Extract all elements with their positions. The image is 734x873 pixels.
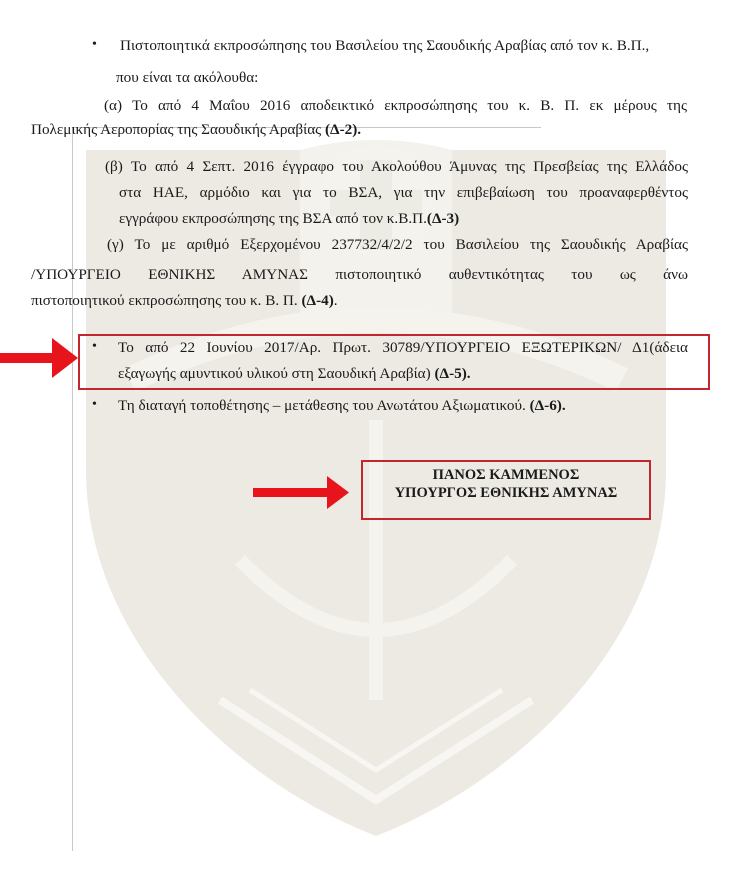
- item-c-text: πιστοποιητικού εκπροσώπησης του κ. Β. Π.: [31, 292, 302, 309]
- item-a-ref: (Δ-2).: [325, 121, 361, 138]
- item-e-line: Τη διαταγή τοποθέτησης – μετάθεσης του Α…: [118, 396, 566, 416]
- item-main-line2: που είναι τα ακόλουθα:: [116, 68, 258, 88]
- item-b-ref: (Δ-3): [427, 210, 459, 227]
- item-e-text: Τη διαταγή τοποθέτησης – μετάθεσης του Α…: [118, 397, 530, 414]
- item-e-ref: (Δ-6).: [530, 397, 566, 414]
- item-d-text: εξαγωγής αμυντικού υλικού στη Σαουδική Α…: [118, 365, 435, 382]
- item-c-ref: (Δ-4): [302, 292, 334, 309]
- signatory-title: ΥΠΟΥΡΓΟΣ ΕΘΝΙΚΗΣ ΑΜΥΝΑΣ: [361, 484, 651, 502]
- red-arrow-icon: [253, 474, 353, 512]
- red-arrow-icon: [0, 334, 80, 384]
- item-d-line1: Το από 22 Ιουνίου 2017/Αρ. Πρωτ. 30789/Υ…: [118, 338, 688, 358]
- item-c-line1: (γ) Το με αριθμό Εξερχομένου 237732/4/2/…: [107, 235, 688, 255]
- item-b-line1: (β) Το από 4 Σεπτ. 2016 έγγραφο του Ακολ…: [105, 157, 688, 177]
- item-a-line1: (α) Το από 4 Μαΐου 2016 αποδεικτικό εκπρ…: [104, 96, 687, 116]
- item-b-text: εγγράφου εκπροσώπησης της ΒΣΑ από τον κ.…: [119, 210, 427, 227]
- bullet-icon: •: [92, 339, 97, 355]
- signatory-name: ΠΑΝΟΣ ΚΑΜΜΕΝΟΣ: [361, 466, 651, 484]
- item-main-line1: Πιστοποιητικά εκπροσώπησης του Βασιλείου…: [120, 36, 649, 56]
- item-c-tail: .: [334, 292, 338, 309]
- item-c-line2: /ΥΠΟΥΡΓΕΙΟ ΕΘΝΙΚΗΣ ΑΜΥΝΑΣ πιστοποιητικό …: [31, 265, 688, 285]
- item-d-line2: εξαγωγής αμυντικού υλικού στη Σαουδική Α…: [118, 364, 471, 384]
- bullet-icon: •: [92, 37, 97, 53]
- bullet-icon: •: [92, 397, 97, 413]
- signature-block: ΠΑΝΟΣ ΚΑΜΜΕΝΟΣ ΥΠΟΥΡΓΟΣ ΕΘΝΙΚΗΣ ΑΜΥΝΑΣ: [361, 460, 651, 520]
- item-b-line2: στα ΗΑΕ, αρμόδιο και για το ΒΣΑ, για την…: [119, 183, 688, 203]
- item-d-ref: (Δ-5).: [435, 365, 471, 382]
- item-c-line3: πιστοποιητικού εκπροσώπησης του κ. Β. Π.…: [31, 291, 338, 311]
- item-b-line3: εγγράφου εκπροσώπησης της ΒΣΑ από τον κ.…: [119, 209, 459, 229]
- margin-rule: [72, 127, 73, 851]
- item-a-text: Πολεμικής Αεροπορίας της Σαουδικής Αραβί…: [31, 121, 325, 138]
- item-a-line2: Πολεμικής Αεροπορίας της Σαουδικής Αραβί…: [31, 120, 361, 140]
